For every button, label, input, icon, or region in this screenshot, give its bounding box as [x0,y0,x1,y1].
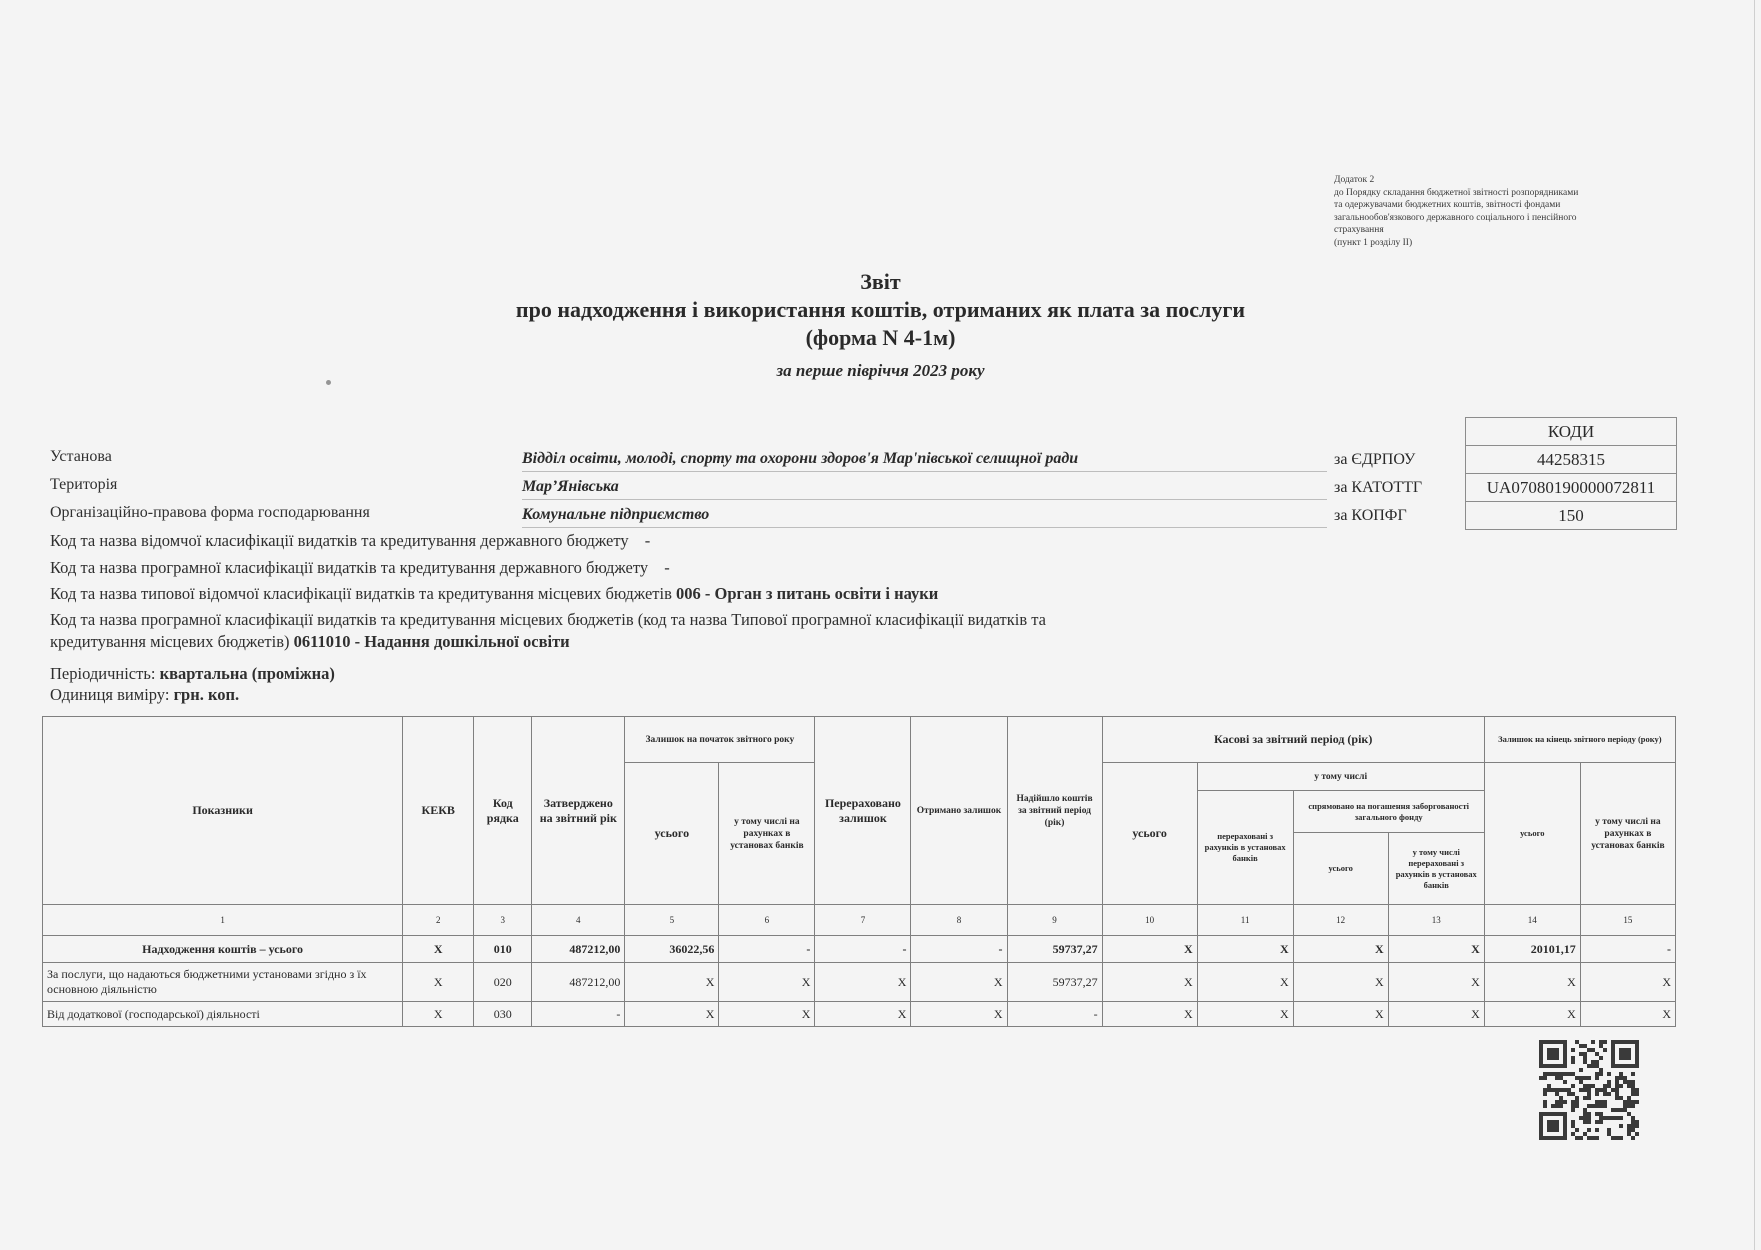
table-cell: X [815,963,911,1002]
prog-state-label: Код та назва програмної класифікації вид… [50,558,648,577]
katottg-label: за КАТОТТГ [1334,479,1422,497]
header-balance-end: Залишок на кінець звітного періоду (року… [1484,717,1675,763]
table-cell: X [1102,936,1197,963]
table-cell: - [1007,1002,1102,1027]
header-transferred: Перераховано залишок [815,717,911,905]
table-cell: X [1293,936,1388,963]
table-cell: 59737,27 [1007,936,1102,963]
column-number: 3 [474,905,532,936]
appendix-line: страхування [1334,224,1674,237]
header-start-total: усього [625,763,719,905]
header-end-total: усього [1484,763,1580,905]
table-cell: - [1580,936,1675,963]
table-cell: X [403,936,474,963]
header-incl: у тому числі [1197,763,1484,791]
appendix-note: Додаток 2 до Порядку складання бюджетної… [1334,174,1674,249]
table-cell: X [1102,963,1197,1002]
page-edge [1754,0,1755,1250]
header-balance-start: Залишок на початок звітного року [625,717,815,763]
column-numbers-row: 123456789101112131415 [43,905,1676,936]
table-cell: X [1102,1002,1197,1027]
table-cell: X [1197,963,1293,1002]
table-cell: 010 [474,936,532,963]
column-number: 15 [1580,905,1675,936]
table-cell: X [403,963,474,1002]
prog-state-classification: Код та назва програмної класифікації вид… [50,558,670,578]
periodicity-value: квартальна (проміжна) [160,664,335,683]
table-cell: X [625,963,719,1002]
table-cell: X [1484,963,1580,1002]
header-debt-incl-bank: у тому числі перераховані з рахунків в у… [1388,833,1484,905]
appendix-line: загальнообов'язкового державного соціаль… [1334,212,1674,225]
kopfg-value: 150 [1466,502,1676,529]
row-label: Від додаткової (господарської) діяльност… [43,1002,403,1027]
header-indicators: Показники [43,717,403,905]
table-cell: X [1388,936,1484,963]
report-table: Показники КЕКВ Код рядка Затверджено на … [42,716,1676,1027]
header-approved: Затверджено на звітний рік [532,717,625,905]
header-cash-total: усього [1102,763,1197,905]
column-number: 4 [532,905,625,936]
header-received-period: Надійшло коштів за звітний період (рік) [1007,717,1102,905]
table-cell: X [1484,1002,1580,1027]
table-cell: 36022,56 [625,936,719,963]
appendix-line: та одержувачами бюджетних коштів, звітно… [1334,199,1674,212]
column-number: 14 [1484,905,1580,936]
periodicity: Періодичність: квартальна (проміжна) [50,664,335,684]
edrpou-value: 44258315 [1466,446,1676,474]
table-cell: 487212,00 [532,936,625,963]
column-number: 10 [1102,905,1197,936]
header-debt-total: усього [1293,833,1388,905]
table-cell: X [1293,963,1388,1002]
table-cell: X [911,963,1007,1002]
table-cell: X [403,1002,474,1027]
title-period: за перше півріччя 2023 року [0,356,1761,386]
institution-label: Установа [50,448,112,466]
table-cell: - [815,936,911,963]
header-row-code: Код рядка [474,717,532,905]
table-cell: X [719,1002,815,1027]
row-label: Надходження коштів – усього [43,936,403,963]
kopfg-label: за КОПФГ [1334,507,1407,525]
table-cell: 030 [474,1002,532,1027]
title-line-1: Звіт [0,268,1761,296]
appendix-line: Додаток 2 [1334,174,1674,187]
typical-local-classification: Код та назва типової відомчої класифікац… [50,584,938,604]
header-cash: Касові за звітний період (рік) [1102,717,1484,763]
unit-value: грн. коп. [174,685,240,704]
periodicity-label: Періодичність: [50,664,155,683]
typical-local-value: 006 - Орган з питань освіти і науки [676,584,938,603]
column-number: 11 [1197,905,1293,936]
prog-local-label-2: кредитування місцевих бюджетів) [50,632,289,651]
column-number: 1 [43,905,403,936]
dept-state-value: - [645,531,651,551]
codes-box: КОДИ 44258315 UA07080190000072811 150 [1465,417,1677,530]
appendix-line: до Порядку складання бюджетної звітності… [1334,187,1674,200]
table-cell: X [625,1002,719,1027]
table-cell: 20101,17 [1484,936,1580,963]
table-cell: 020 [474,963,532,1002]
table-row: Від додаткової (господарської) діяльност… [43,1002,1676,1027]
table-cell: 59737,27 [1007,963,1102,1002]
title-form-number: (форма N 4-1м) [0,324,1761,352]
column-number: 7 [815,905,911,936]
dept-state-label: Код та назва відомчої класифікації видат… [50,531,629,550]
territory-value: Мар’Янівська [522,477,1327,500]
column-number: 8 [911,905,1007,936]
header-start-incl-bank: у тому числі на рахунках в установах бан… [719,763,815,905]
legal-form-label: Організаційно-правова форма господарюван… [50,504,370,522]
column-number: 2 [403,905,474,936]
territory-label: Територія [50,476,117,494]
typical-local-label: Код та назва типової відомчої класифікац… [50,584,672,603]
dept-state-classification: Код та назва відомчої класифікації видат… [50,531,650,551]
katottg-value: UA07080190000072811 [1466,474,1676,502]
table-cell: X [1388,963,1484,1002]
table-row: Надходження коштів – усьогоX010487212,00… [43,936,1676,963]
unit: Одиниця виміру: грн. коп. [50,685,239,705]
column-number: 13 [1388,905,1484,936]
table-cell: 487212,00 [532,963,625,1002]
column-number: 6 [719,905,815,936]
edrpou-label: за ЄДРПОУ [1334,451,1415,469]
table-row: За послуги, що надаються бюджетними уста… [43,963,1676,1002]
header-transferred-bank: перераховані з рахунків в установах банк… [1197,791,1293,905]
table-cell: X [1293,1002,1388,1027]
prog-local-label-line-1: Код та назва програмної класифікації вид… [50,610,1046,630]
row-label: За послуги, що надаються бюджетними уста… [43,963,403,1002]
report-title: Звіт про надходження і використання кошт… [0,268,1761,386]
table-cell: X [1580,1002,1675,1027]
header-received: Отримано залишок [911,717,1007,905]
prog-local-value: 0611010 - Надання дошкільної освіти [294,632,570,651]
table-cell: X [1197,1002,1293,1027]
legal-form-value: Комунальне підприємство [522,505,1327,528]
table-cell: X [1580,963,1675,1002]
header-kekv: КЕКВ [403,717,474,905]
header-debt-repay: спрямовано на погашення заборгованості з… [1293,791,1484,833]
prog-state-value: - [664,558,670,578]
header-end-incl-bank: у тому числі на рахунках в установах бан… [1580,763,1675,905]
table-cell: X [815,1002,911,1027]
column-number: 12 [1293,905,1388,936]
title-line-2: про надходження і використання коштів, о… [0,296,1761,324]
institution-value: Відділ освіти, молоді, спорту та охорони… [522,449,1327,472]
table-cell: - [911,936,1007,963]
table-cell: X [911,1002,1007,1027]
table-cell: X [1388,1002,1484,1027]
codes-header: КОДИ [1466,418,1676,446]
table-cell: X [719,963,815,1002]
table-cell: X [1197,936,1293,963]
qr-code-icon [1539,1040,1639,1140]
prog-local-classification: кредитування місцевих бюджетів) 0611010 … [50,632,570,652]
table-cell: - [532,1002,625,1027]
column-number: 5 [625,905,719,936]
appendix-line: (пункт 1 розділу II) [1334,237,1674,250]
unit-label: Одиниця виміру: [50,685,169,704]
table-cell: - [719,936,815,963]
column-number: 9 [1007,905,1102,936]
